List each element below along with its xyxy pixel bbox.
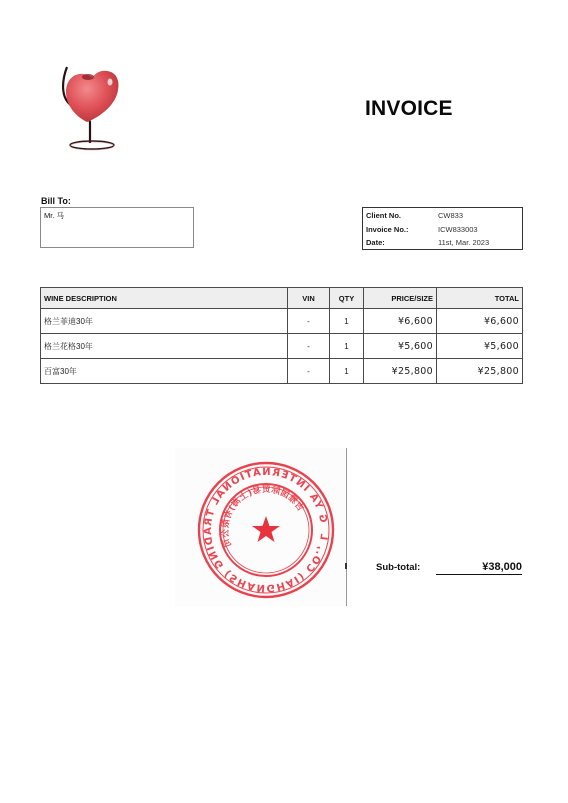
- date-label: Date:: [363, 238, 438, 247]
- invoice-number-row: Invoice No.: ICW833003: [363, 223, 522, 237]
- date-row: Date: 11st, Mar. 2023: [363, 236, 522, 250]
- invoice-number-label: Invoice No.:: [363, 225, 438, 234]
- client-number-value: CW833: [438, 211, 463, 220]
- invoice-title: INVOICE: [365, 97, 453, 121]
- item-qty: 1: [330, 334, 364, 359]
- item-description: 格兰花格30年: [41, 334, 288, 359]
- item-price: ¥25,800: [364, 359, 437, 384]
- bill-to-box: Mr. 马: [40, 207, 194, 248]
- divider-tick: [345, 563, 347, 569]
- col-header-price: PRICE/SIZE: [364, 288, 437, 309]
- item-price: ¥5,600: [364, 334, 437, 359]
- table-row: 格兰花格30年 - 1 ¥5,600 ¥5,600: [41, 334, 523, 359]
- table-header-row: WINE DESCRIPTION VIN QTY PRICE/SIZE TOTA…: [41, 288, 523, 309]
- item-qty: 1: [330, 309, 364, 334]
- item-description: 格兰菲迪30年: [41, 309, 288, 334]
- client-number-label: Client No.: [363, 211, 438, 220]
- col-header-description: WINE DESCRIPTION: [41, 288, 288, 309]
- company-seal-stamp-icon: G YA INTERNATIONAL TRADING (SHANGHAI) CO…: [196, 460, 336, 600]
- subtotal-label: Sub-total:: [376, 562, 420, 573]
- invoice-number-value: ICW833003: [438, 225, 478, 234]
- subtotal-value: ¥38,000: [436, 561, 522, 575]
- item-total: ¥6,600: [437, 309, 523, 334]
- col-header-vin: VIN: [288, 288, 330, 309]
- col-header-total: TOTAL: [437, 288, 523, 309]
- item-vin: -: [288, 309, 330, 334]
- heart-wine-glass-logo-icon: [40, 60, 130, 155]
- item-price: ¥6,600: [364, 309, 437, 334]
- item-description: 百富30年: [41, 359, 288, 384]
- bill-to-label: Bill To:: [41, 196, 71, 206]
- item-vin: -: [288, 359, 330, 384]
- client-number-row: Client No. CW833: [363, 209, 522, 223]
- divider-line: [346, 448, 347, 606]
- item-vin: -: [288, 334, 330, 359]
- table-row: 百富30年 - 1 ¥25,800 ¥25,800: [41, 359, 523, 384]
- bill-to-name: Mr. 马: [44, 211, 64, 220]
- col-header-qty: QTY: [330, 288, 364, 309]
- invoice-info-box: Client No. CW833 Invoice No.: ICW833003 …: [362, 207, 523, 250]
- date-value: 11st, Mar. 2023: [438, 238, 489, 247]
- table-row: 格兰菲迪30年 - 1 ¥6,600 ¥6,600: [41, 309, 523, 334]
- item-total: ¥25,800: [437, 359, 523, 384]
- line-items-table: WINE DESCRIPTION VIN QTY PRICE/SIZE TOTA…: [40, 287, 523, 384]
- item-qty: 1: [330, 359, 364, 384]
- item-total: ¥5,600: [437, 334, 523, 359]
